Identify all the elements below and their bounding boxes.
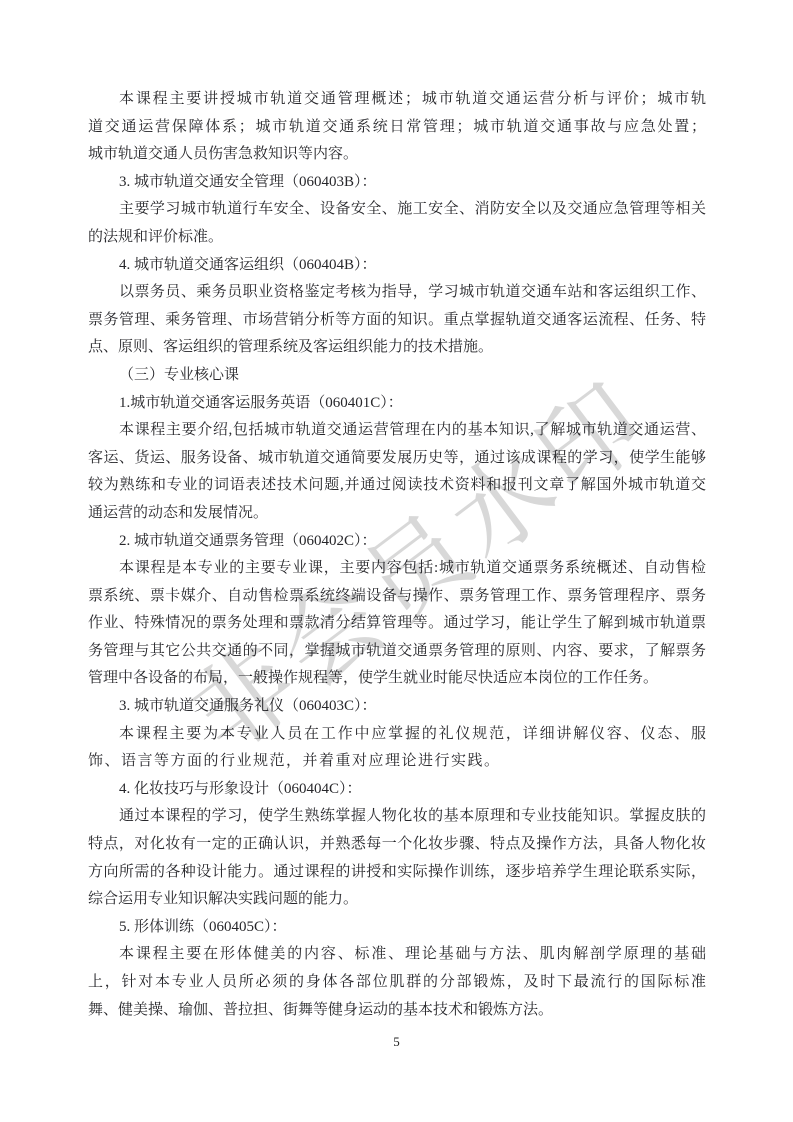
heading-line: 5. 形体训练（060405C）： <box>88 914 706 942</box>
body-line: 本课程主要介绍,包括城市轨道交通运营管理在内的基本知识,了解城市轨道交通运营、 <box>88 417 706 445</box>
heading-line: 2. 城市轨道交通票务管理（060402C）： <box>88 528 706 556</box>
page-body: 本课程主要讲授城市轨道交通管理概述；城市轨道交通运营分析与评价；城市轨 道交通运… <box>88 86 706 1024</box>
body-line: 票系统、票卡媒介、自动售检票系统终端设备与操作、票务管理工作、票务管理程序、票务 <box>88 583 706 611</box>
heading-line: 4. 化妆技巧与形象设计（060404C）： <box>88 776 706 804</box>
body-line: 的法规和评价标准。 <box>88 224 706 252</box>
body-line: 本课程主要讲授城市轨道交通管理概述；城市轨道交通运营分析与评价；城市轨 <box>88 86 706 114</box>
heading-line: 3. 城市轨道交通安全管理（060403B）： <box>88 169 706 197</box>
heading-line: （三）专业核心课 <box>88 362 706 390</box>
body-line: 方向所需的各种设计能力。通过课程的讲授和实际操作训练，逐步培养学生理论联系实际， <box>88 859 706 887</box>
page-number: 5 <box>0 1034 793 1050</box>
body-line: 较为熟练和专业的词语表述技术问题,并通过阅读技术资料和报刊文章了解国外城市轨道交 <box>88 472 706 500</box>
body-line: 点、原则、客运组织的管理系统及客运组织能力的技术措施。 <box>88 334 706 362</box>
heading-line: 4. 城市轨道交通客运组织（060404B）： <box>88 252 706 280</box>
body-line: 客运、货运、服务设备、城市轨道交通简要发展历史等，通过该成课程的学习，使学生能够 <box>88 445 706 473</box>
body-line: 饰、语言等方面的行业规范，并着重对应理论进行实践。 <box>88 748 706 776</box>
heading-line: 1.城市轨道交通客运服务英语（060401C）： <box>88 390 706 418</box>
body-line: 本课程主要为本专业人员在工作中应掌握的礼仪规范，详细讲解仪容、仪态、服 <box>88 721 706 749</box>
body-line: 作业、特殊情况的票务处理和票款清分结算管理等。通过学习，能让学生了解到城市轨道票 <box>88 610 706 638</box>
body-line: 通过本课程的学习，使学生熟练掌握人物化妆的基本原理和专业技能知识。掌握皮肤的 <box>88 803 706 831</box>
body-line: 本课程主要在形体健美的内容、标准、理论基础与方法、肌肉解剖学原理的基础 <box>88 941 706 969</box>
heading-line: 3. 城市轨道交通服务礼仪（060403C）： <box>88 693 706 721</box>
body-line: 主要学习城市轨道行车安全、设备安全、施工安全、消防安全以及交通应急管理等相关 <box>88 196 706 224</box>
body-line: 城市轨道交通人员伤害急救知识等内容。 <box>88 141 706 169</box>
body-line: 上，针对本专业人员所必须的身体各部位肌群的分部锻炼，及时下最流行的国际标准 <box>88 969 706 997</box>
document-page: 非会员水印 本课程主要讲授城市轨道交通管理概述；城市轨道交通运营分析与评价；城市… <box>0 0 793 1122</box>
body-line: 道交通运营保障体系；城市轨道交通系统日常管理；城市轨道交通事故与应急处置； <box>88 114 706 142</box>
body-line: 票务管理、乘务管理、市场营销分析等方面的知识。重点掌握轨道交通客运流程、任务、特 <box>88 307 706 335</box>
body-line: 综合运用专业知识解决实践问题的能力。 <box>88 886 706 914</box>
body-line: 舞、健美操、瑜伽、普拉担、街舞等健身运动的基本技术和锻炼方法。 <box>88 997 706 1025</box>
body-line: 本课程是本专业的主要专业课，主要内容包括:城市轨道交通票务系统概述、自动售检 <box>88 555 706 583</box>
body-line: 以票务员、乘务员职业资格鉴定考核为指导，学习城市轨道交通车站和客运组织工作、 <box>88 279 706 307</box>
body-line: 管理中各设备的布局，一般操作规程等，使学生就业时能尽快适应本岗位的工作任务。 <box>88 665 706 693</box>
body-line: 特点，对化妆有一定的正确认识，并熟悉每一个化妆步骤、特点及操作方法，具备人物化妆 <box>88 831 706 859</box>
body-line: 务管理与其它公共交通的不同，掌握城市轨道交通票务管理的原则、内容、要求，了解票务 <box>88 638 706 666</box>
body-line: 通运营的动态和发展情况。 <box>88 500 706 528</box>
